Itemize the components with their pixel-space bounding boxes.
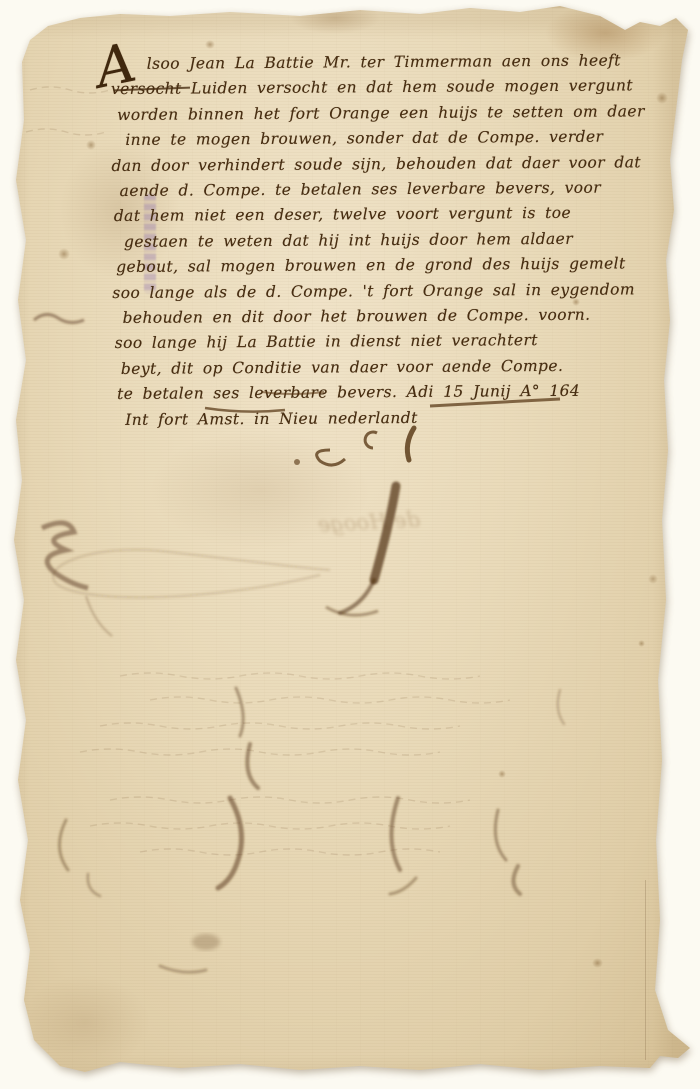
manuscript-paper: A lsoo Jean La Battie Mr. ter Timmerman … xyxy=(0,0,700,1089)
manuscript-line: gebout, sal mogen brouwen en de grond de… xyxy=(116,251,687,280)
ghost-script-row xyxy=(90,823,450,829)
bleed-stroke xyxy=(391,798,400,870)
bleed-stroke xyxy=(513,866,520,894)
fold-line xyxy=(645,880,646,1060)
ghost-script-row xyxy=(110,797,470,803)
bleed-stroke xyxy=(218,798,242,888)
bleed-stroke xyxy=(160,966,206,972)
foxing-spot xyxy=(620,12,636,26)
bleed-stroke xyxy=(495,810,506,860)
bleed-stroke xyxy=(88,874,100,896)
ghost-script-row xyxy=(26,129,106,135)
bleed-stroke xyxy=(558,690,564,724)
foxing-spot xyxy=(648,574,658,584)
verso-showthrough-text: de Hooge xyxy=(170,507,421,544)
bleed-stroke xyxy=(340,580,374,613)
foxing-spot xyxy=(498,770,506,778)
ink-blot xyxy=(365,432,377,448)
bleed-stroke xyxy=(86,596,112,636)
ghost-script-row xyxy=(150,697,510,703)
foxing-spot xyxy=(592,958,603,968)
paper-shadow: A lsoo Jean La Battie Mr. ter Timmerman … xyxy=(0,0,700,1089)
manuscript-line: dat hem niet een deser, twelve voort ver… xyxy=(114,200,687,229)
stain xyxy=(290,2,380,34)
bleed-stroke xyxy=(34,314,84,322)
manuscript-line: versocht Luiden versocht en dat hem soud… xyxy=(111,73,686,102)
manuscript-text-block: lsoo Jean La Battie Mr. ter Timmerman ae… xyxy=(111,48,689,433)
ink-blot xyxy=(317,450,345,465)
foxing-spot xyxy=(598,8,608,18)
stain xyxy=(20,975,150,1070)
bleed-stroke xyxy=(247,744,258,788)
ink-blot xyxy=(407,428,414,460)
manuscript-line: behouden en dit door het brouwen de Comp… xyxy=(122,302,687,331)
manuscript-line: te betalen ses leverbare bevers. Adi 15 … xyxy=(117,378,688,407)
manuscript-line: aende d. Compe. te betalen ses leverbare… xyxy=(120,175,687,204)
foxing-spot xyxy=(205,40,215,49)
manuscript-line: beyt, dit op Conditie van daer voor aend… xyxy=(121,353,688,382)
foxing-spot xyxy=(86,140,96,150)
ghost-script-row xyxy=(100,723,460,729)
bleed-stroke xyxy=(42,523,88,588)
foxing-spot xyxy=(58,248,70,260)
ghost-script-row xyxy=(120,673,480,679)
ghost-script-row xyxy=(140,849,440,855)
manuscript-line: soo lange als de d. Compe. 't fort Orang… xyxy=(112,277,687,306)
manuscript-line: worden binnen het fort Orange een huijs … xyxy=(117,99,686,128)
manuscript-line: inne te mogen brouwen, sonder dat de Com… xyxy=(125,124,686,153)
manuscript-line: lsoo Jean La Battie Mr. ter Timmerman ae… xyxy=(147,48,686,77)
manuscript-line: Int fort Amst. in Nieu nederlandt xyxy=(125,404,688,433)
manuscript-line: gestaen te weten dat hij int huijs door … xyxy=(124,226,687,255)
ink-dot xyxy=(294,459,300,465)
ink-blot xyxy=(192,934,220,950)
ghost-script-row xyxy=(80,749,440,755)
ghost-script-row xyxy=(30,87,110,93)
bleed-stroke xyxy=(236,688,243,736)
foxing-spot xyxy=(638,640,645,647)
bleed-stroke xyxy=(53,550,330,598)
bleed-stroke xyxy=(59,820,68,870)
manuscript-line: soo lange hij La Battie in dienst niet v… xyxy=(115,327,688,356)
bleed-stroke xyxy=(390,878,416,894)
document-scan: A lsoo Jean La Battie Mr. ter Timmerman … xyxy=(0,0,700,1089)
bleed-stroke xyxy=(326,607,378,615)
